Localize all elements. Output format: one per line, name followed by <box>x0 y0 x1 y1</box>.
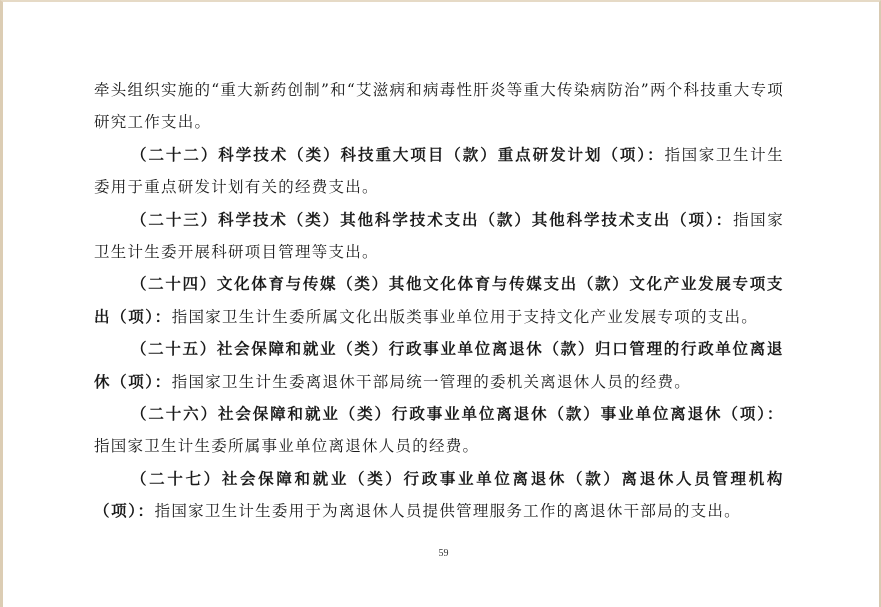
paragraph-text: 指国家卫生计生委用于为离退休人员提供管理服务工作的离退休干部局的支出。 <box>155 502 741 520</box>
paragraph-text: 牵头组织实施的“重大新药创制”和“艾滋病和病毒性肝炎等重大传染病防治”两个科技重… <box>94 81 784 131</box>
paragraph-text: 指国家卫生计生委所属文化出版类事业单位用于支持文化产业发展专项的支出。 <box>172 308 758 326</box>
page-number: 59 <box>3 548 881 559</box>
document-page: 牵头组织实施的“重大新药创制”和“艾滋病和病毒性肝炎等重大传染病防治”两个科技重… <box>0 0 881 607</box>
paragraph-item-23: （二十三）科学技术（类）其他科学技术支出（款）其他科学技术支出（项）：指国家卫生… <box>94 204 784 269</box>
paragraph-text: 指国家卫生计生委所属事业单位离退休人员的经费。 <box>94 437 479 455</box>
paragraph-item-22: （二十二）科学技术（类）科技重大项目（款）重点研发计划（项）：指国家卫生计生委用… <box>94 139 784 204</box>
paragraph-item-25: （二十五）社会保障和就业（类）行政事业单位离退休（款）归口管理的行政单位离退休（… <box>94 333 784 398</box>
document-body: 牵头组织实施的“重大新药创制”和“艾滋病和病毒性肝炎等重大传染病防治”两个科技重… <box>94 74 784 528</box>
paragraph-text: 指国家卫生计生委离退休干部局统一管理的委机关离退休人员的经费。 <box>172 373 691 391</box>
paragraph-heading: （二十二）科学技术（类）科技重大项目（款）重点研发计划（项）： <box>131 146 665 164</box>
paragraph-heading: （二十三）科学技术（类）其他科学技术支出（款）其他科学技术支出（项）： <box>131 211 733 229</box>
paragraph-continuation: 牵头组织实施的“重大新药创制”和“艾滋病和病毒性肝炎等重大传染病防治”两个科技重… <box>94 74 784 139</box>
paragraph-heading: （二十六）社会保障和就业（类）行政事业单位离退休（款）事业单位离退休（项）： <box>131 405 784 423</box>
paragraph-item-26: （二十六）社会保障和就业（类）行政事业单位离退休（款）事业单位离退休（项）：指国… <box>94 398 784 463</box>
paragraph-item-24: （二十四）文化体育与传媒（类）其他文化体育与传媒支出（款）文化产业发展专项支出（… <box>94 268 784 333</box>
paragraph-item-27: （二十七）社会保障和就业（类）行政事业单位离退休（款）离退休人员管理机构（项）：… <box>94 463 784 528</box>
